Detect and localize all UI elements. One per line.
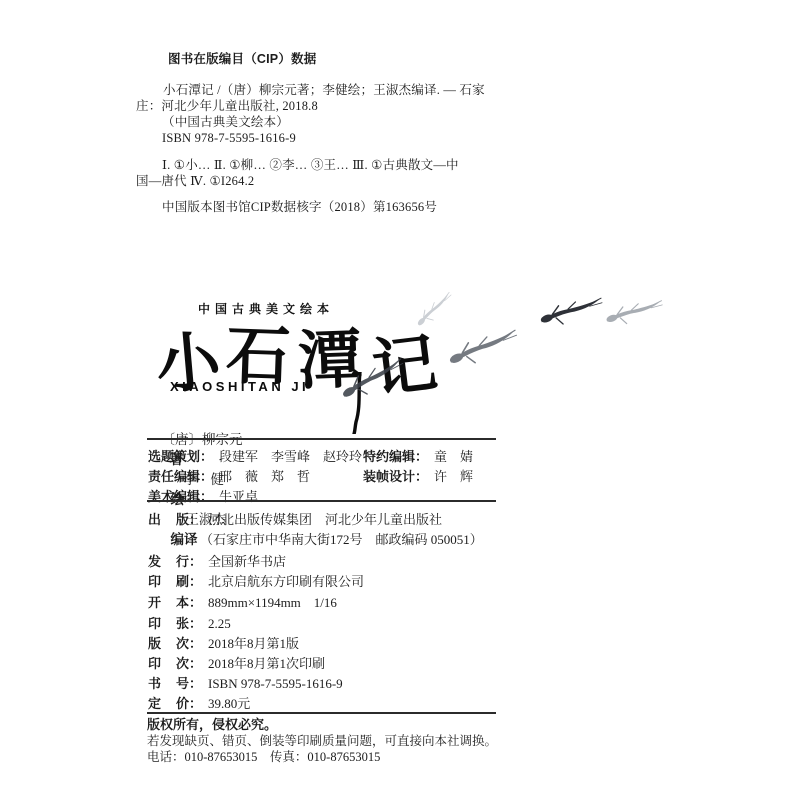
copyright-page: 图书在版编目（CIP）数据 小石潭记 /（唐）柳宗元著；李健绘；王淑杰编译. —…	[0, 0, 800, 800]
pub-label: 书	[148, 673, 161, 692]
editor-value: 牛亚卓	[219, 489, 258, 504]
pub-label: 出	[148, 509, 161, 528]
editor-row: 装帧设计：许 辉	[363, 466, 473, 485]
pub-value: 河北出版传媒集团 河北少年儿童出版社	[208, 512, 442, 527]
pub-value: ISBN 978-7-5595-1616-9	[208, 676, 343, 691]
cip-classification-line2: 国—唐代 Ⅳ. ①I264.2	[136, 174, 254, 189]
title-pinyin: XIAOSHITAN JI	[170, 379, 309, 394]
pub-value: 2.25	[208, 616, 231, 631]
publication-row: 开本：889mm×1194mm 1/16	[148, 592, 337, 611]
publication-row: 印张：2.25	[148, 613, 231, 632]
ink-fish-icon	[444, 328, 522, 372]
pub-value: 2018年8月第1次印刷	[208, 656, 325, 671]
author-name: 〔唐〕柳宗元	[162, 432, 243, 447]
divider	[147, 438, 496, 440]
cip-record-number: 中国版本图书馆CIP数据核字（2018）第163656号	[162, 200, 437, 215]
pub-label: 张：	[176, 613, 202, 632]
pub-label: 号：	[176, 673, 202, 692]
editor-row: 选题策划：段建军 李雪峰 赵玲玲	[148, 446, 362, 465]
pub-label: 行：	[176, 551, 202, 570]
cip-isbn: ISBN 978-7-5595-1616-9	[162, 131, 296, 146]
pub-label: 定	[148, 693, 161, 712]
editor-value: 段建军 李雪峰 赵玲玲	[219, 449, 362, 464]
pub-label: 本：	[176, 592, 202, 611]
pub-value: 2018年8月第1版	[208, 636, 299, 651]
cip-header: 图书在版编目（CIP）数据	[168, 52, 316, 67]
publication-row: 印次：2018年8月第1次印刷	[148, 653, 325, 672]
divider	[147, 500, 496, 502]
editor-value: 许 辉	[434, 469, 473, 484]
editor-row: 特约编辑：童 婧	[363, 446, 473, 465]
pub-label: 价：	[176, 693, 202, 712]
publication-row: 书号：ISBN 978-7-5595-1616-9	[148, 673, 343, 692]
editor-value: 童 婧	[434, 449, 473, 464]
pub-label: 刷：	[176, 571, 202, 590]
publication-row: 发行：全国新华书店	[148, 551, 286, 570]
pub-label: 版：	[176, 509, 202, 528]
editor-label: 美术编辑：	[148, 489, 213, 504]
cip-series-note: （中国古典美文绘本）	[162, 115, 289, 130]
pub-label: 印	[148, 571, 161, 590]
publication-row: 定价：39.80元	[148, 693, 250, 712]
pub-label: 发	[148, 551, 161, 570]
translator-role: 编译	[171, 532, 198, 547]
editor-label: 特约编辑：	[363, 449, 428, 464]
pub-value: 889mm×1194mm 1/16	[208, 595, 337, 610]
cip-classification-line1: Ⅰ. ①小… Ⅱ. ①柳… ②李… ③王… Ⅲ. ①古典散文—中	[162, 158, 459, 173]
editor-row: 责任编辑：邢 薇 郑 哲	[148, 466, 310, 485]
publication-row: 印刷：北京启航东方印刷有限公司	[148, 571, 364, 590]
pub-label: 印	[148, 653, 161, 672]
publication-row: 版次：2018年8月第1版	[148, 633, 299, 652]
pub-label: 印	[148, 613, 161, 632]
cip-record-line2: 庄：河北少年儿童出版社, 2018.8	[136, 99, 318, 114]
pub-value: 39.80元	[208, 696, 250, 711]
publication-row: 出版：河北出版传媒集团 河北少年儿童出版社	[148, 509, 442, 528]
pub-label: 开	[148, 592, 161, 611]
publisher-address: （石家庄市中华南大街172号 邮政编码 050051）	[200, 529, 483, 548]
editor-label: 装帧设计：	[363, 469, 428, 484]
ink-fish-icon	[537, 297, 605, 331]
ink-fish-icon	[603, 299, 664, 328]
pub-value: 全国新华书店	[208, 554, 286, 569]
editor-label: 责任编辑：	[148, 469, 213, 484]
editor-row: 美术编辑：牛亚卓	[148, 486, 258, 505]
pub-value: 北京启航东方印刷有限公司	[208, 574, 364, 589]
editor-label: 选题策划：	[148, 449, 213, 464]
cip-record-line1: 小石潭记 /（唐）柳宗元著；李健绘；王淑杰编译. — 石家	[163, 83, 485, 98]
pub-label: 版	[148, 633, 161, 652]
editor-value: 邢 薇 郑 哲	[219, 469, 310, 484]
pub-label: 次：	[176, 653, 202, 672]
contact-line: 电话：010-87653015 传真：010-87653015	[147, 747, 380, 765]
pub-label: 次：	[176, 633, 202, 652]
